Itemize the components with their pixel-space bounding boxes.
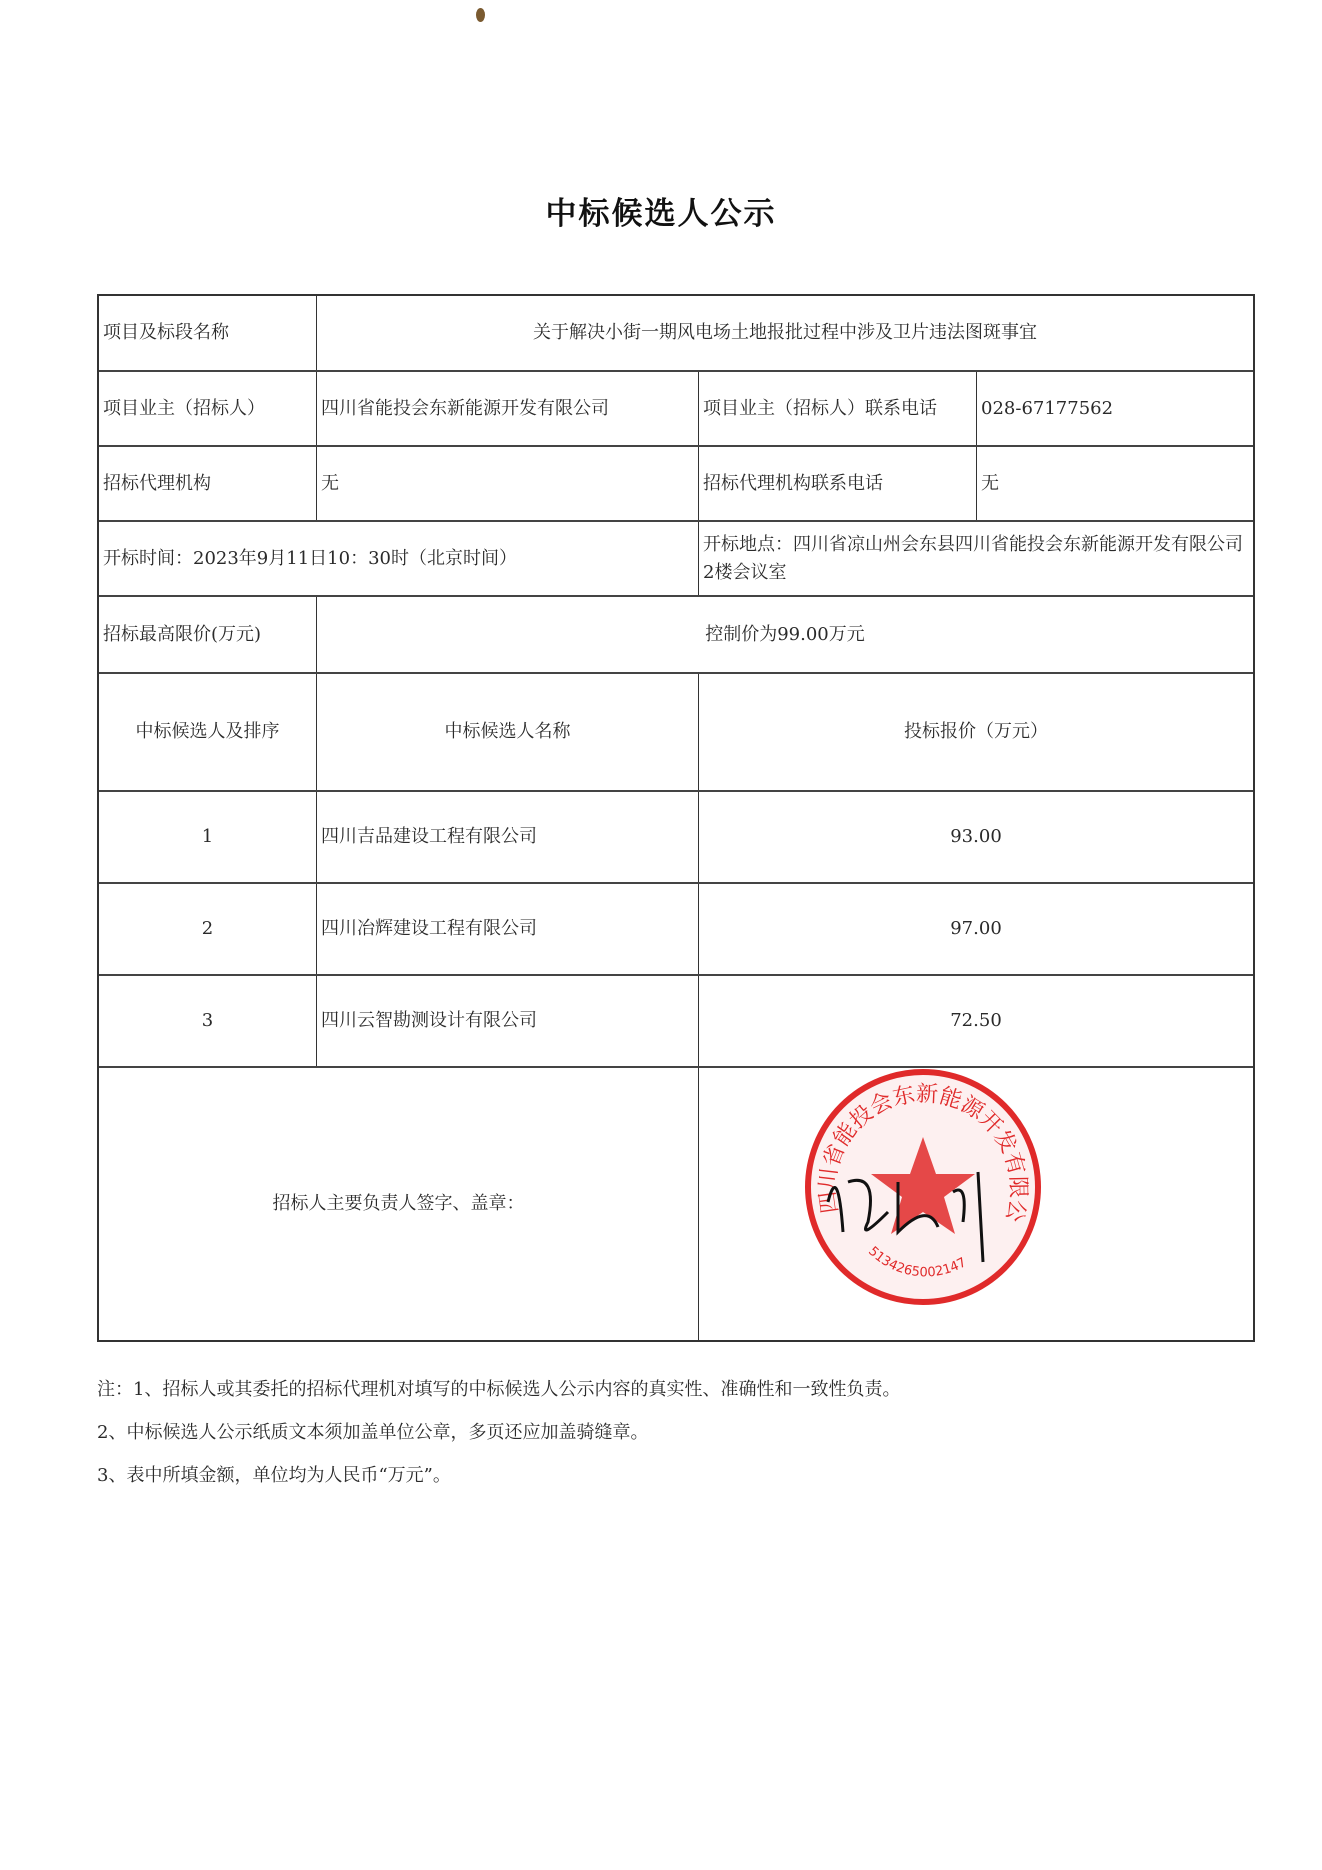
- label-agency: 招标代理机构: [99, 447, 317, 520]
- announcement-table: 项目及标段名称 关于解决小街一期风电场土地报批过程中涉及卫片违法图斑事宜 项目业…: [97, 294, 1255, 1342]
- candidate-price: 72.50: [699, 976, 1253, 1066]
- header-name: 中标候选人名称: [317, 674, 699, 790]
- table-row: 开标时间：2023年9月11日10：30时（北京时间） 开标地点：四川省凉山州会…: [99, 522, 1253, 597]
- value-project-name: 关于解决小街一期风电场土地报批过程中涉及卫片违法图斑事宜: [317, 296, 1253, 370]
- candidate-price: 93.00: [699, 792, 1253, 882]
- open-time: 开标时间：2023年9月11日10：30时（北京时间）: [99, 522, 699, 595]
- company-seal-icon: 四川省能投会东新能源开发有限公司 5134265002147: [798, 1062, 1048, 1312]
- note-item: 注：1、招标人或其委托的招标代理机对填写的中标候选人公示内容的真实性、准确性和一…: [97, 1368, 900, 1411]
- value-owner: 四川省能投会东新能源开发有限公司: [317, 372, 699, 445]
- value-owner-phone: 028-67177562: [977, 372, 1253, 445]
- label-owner-phone: 项目业主（招标人）联系电话: [699, 372, 977, 445]
- value-agency-phone: 无: [977, 447, 1253, 520]
- label-project-name: 项目及标段名称: [99, 296, 317, 370]
- open-place: 开标地点：四川省凉山州会东县四川省能投会东新能源开发有限公司2楼会议室: [699, 522, 1253, 595]
- table-row: 项目及标段名称 关于解决小街一期风电场土地报批过程中涉及卫片违法图斑事宜: [99, 296, 1253, 372]
- header-price: 投标报价（万元）: [699, 674, 1253, 790]
- value-max-price: 控制价为99.00万元: [317, 597, 1253, 672]
- label-owner: 项目业主（招标人）: [99, 372, 317, 445]
- candidate-price: 97.00: [699, 884, 1253, 974]
- table-row: 招标最高限价(万元) 控制价为99.00万元: [99, 597, 1253, 674]
- table-row: 1 四川吉品建设工程有限公司 93.00: [99, 792, 1253, 884]
- candidate-rank: 2: [99, 884, 317, 974]
- candidate-name: 四川吉品建设工程有限公司: [317, 792, 699, 882]
- candidate-name: 四川云智勘测设计有限公司: [317, 976, 699, 1066]
- paper-spot: [476, 8, 485, 22]
- label-max-price: 招标最高限价(万元): [99, 597, 317, 672]
- note-item: 2、中标候选人公示纸质文本须加盖单位公章，多页还应加盖骑缝章。: [97, 1411, 900, 1454]
- candidate-rank: 1: [99, 792, 317, 882]
- note-item: 3、表中所填金额，单位均为人民币“万元”。: [97, 1454, 900, 1497]
- notes: 注：1、招标人或其委托的招标代理机对填写的中标候选人公示内容的真实性、准确性和一…: [97, 1368, 900, 1497]
- candidate-rank: 3: [99, 976, 317, 1066]
- candidates-header-row: 中标候选人及排序 中标候选人名称 投标报价（万元）: [99, 674, 1253, 792]
- table-row: 项目业主（招标人） 四川省能投会东新能源开发有限公司 项目业主（招标人）联系电话…: [99, 372, 1253, 447]
- header-rank: 中标候选人及排序: [99, 674, 317, 790]
- table-row: 3 四川云智勘测设计有限公司 72.50: [99, 976, 1253, 1068]
- signature-label: 招标人主要负责人签字、盖章：: [99, 1068, 699, 1340]
- page-title: 中标候选人公示: [0, 188, 1322, 233]
- table-row: 2 四川冶辉建设工程有限公司 97.00: [99, 884, 1253, 976]
- signature-row: 招标人主要负责人签字、盖章：: [99, 1068, 1253, 1340]
- candidate-name: 四川冶辉建设工程有限公司: [317, 884, 699, 974]
- value-agency: 无: [317, 447, 699, 520]
- label-agency-phone: 招标代理机构联系电话: [699, 447, 977, 520]
- table-row: 招标代理机构 无 招标代理机构联系电话 无: [99, 447, 1253, 522]
